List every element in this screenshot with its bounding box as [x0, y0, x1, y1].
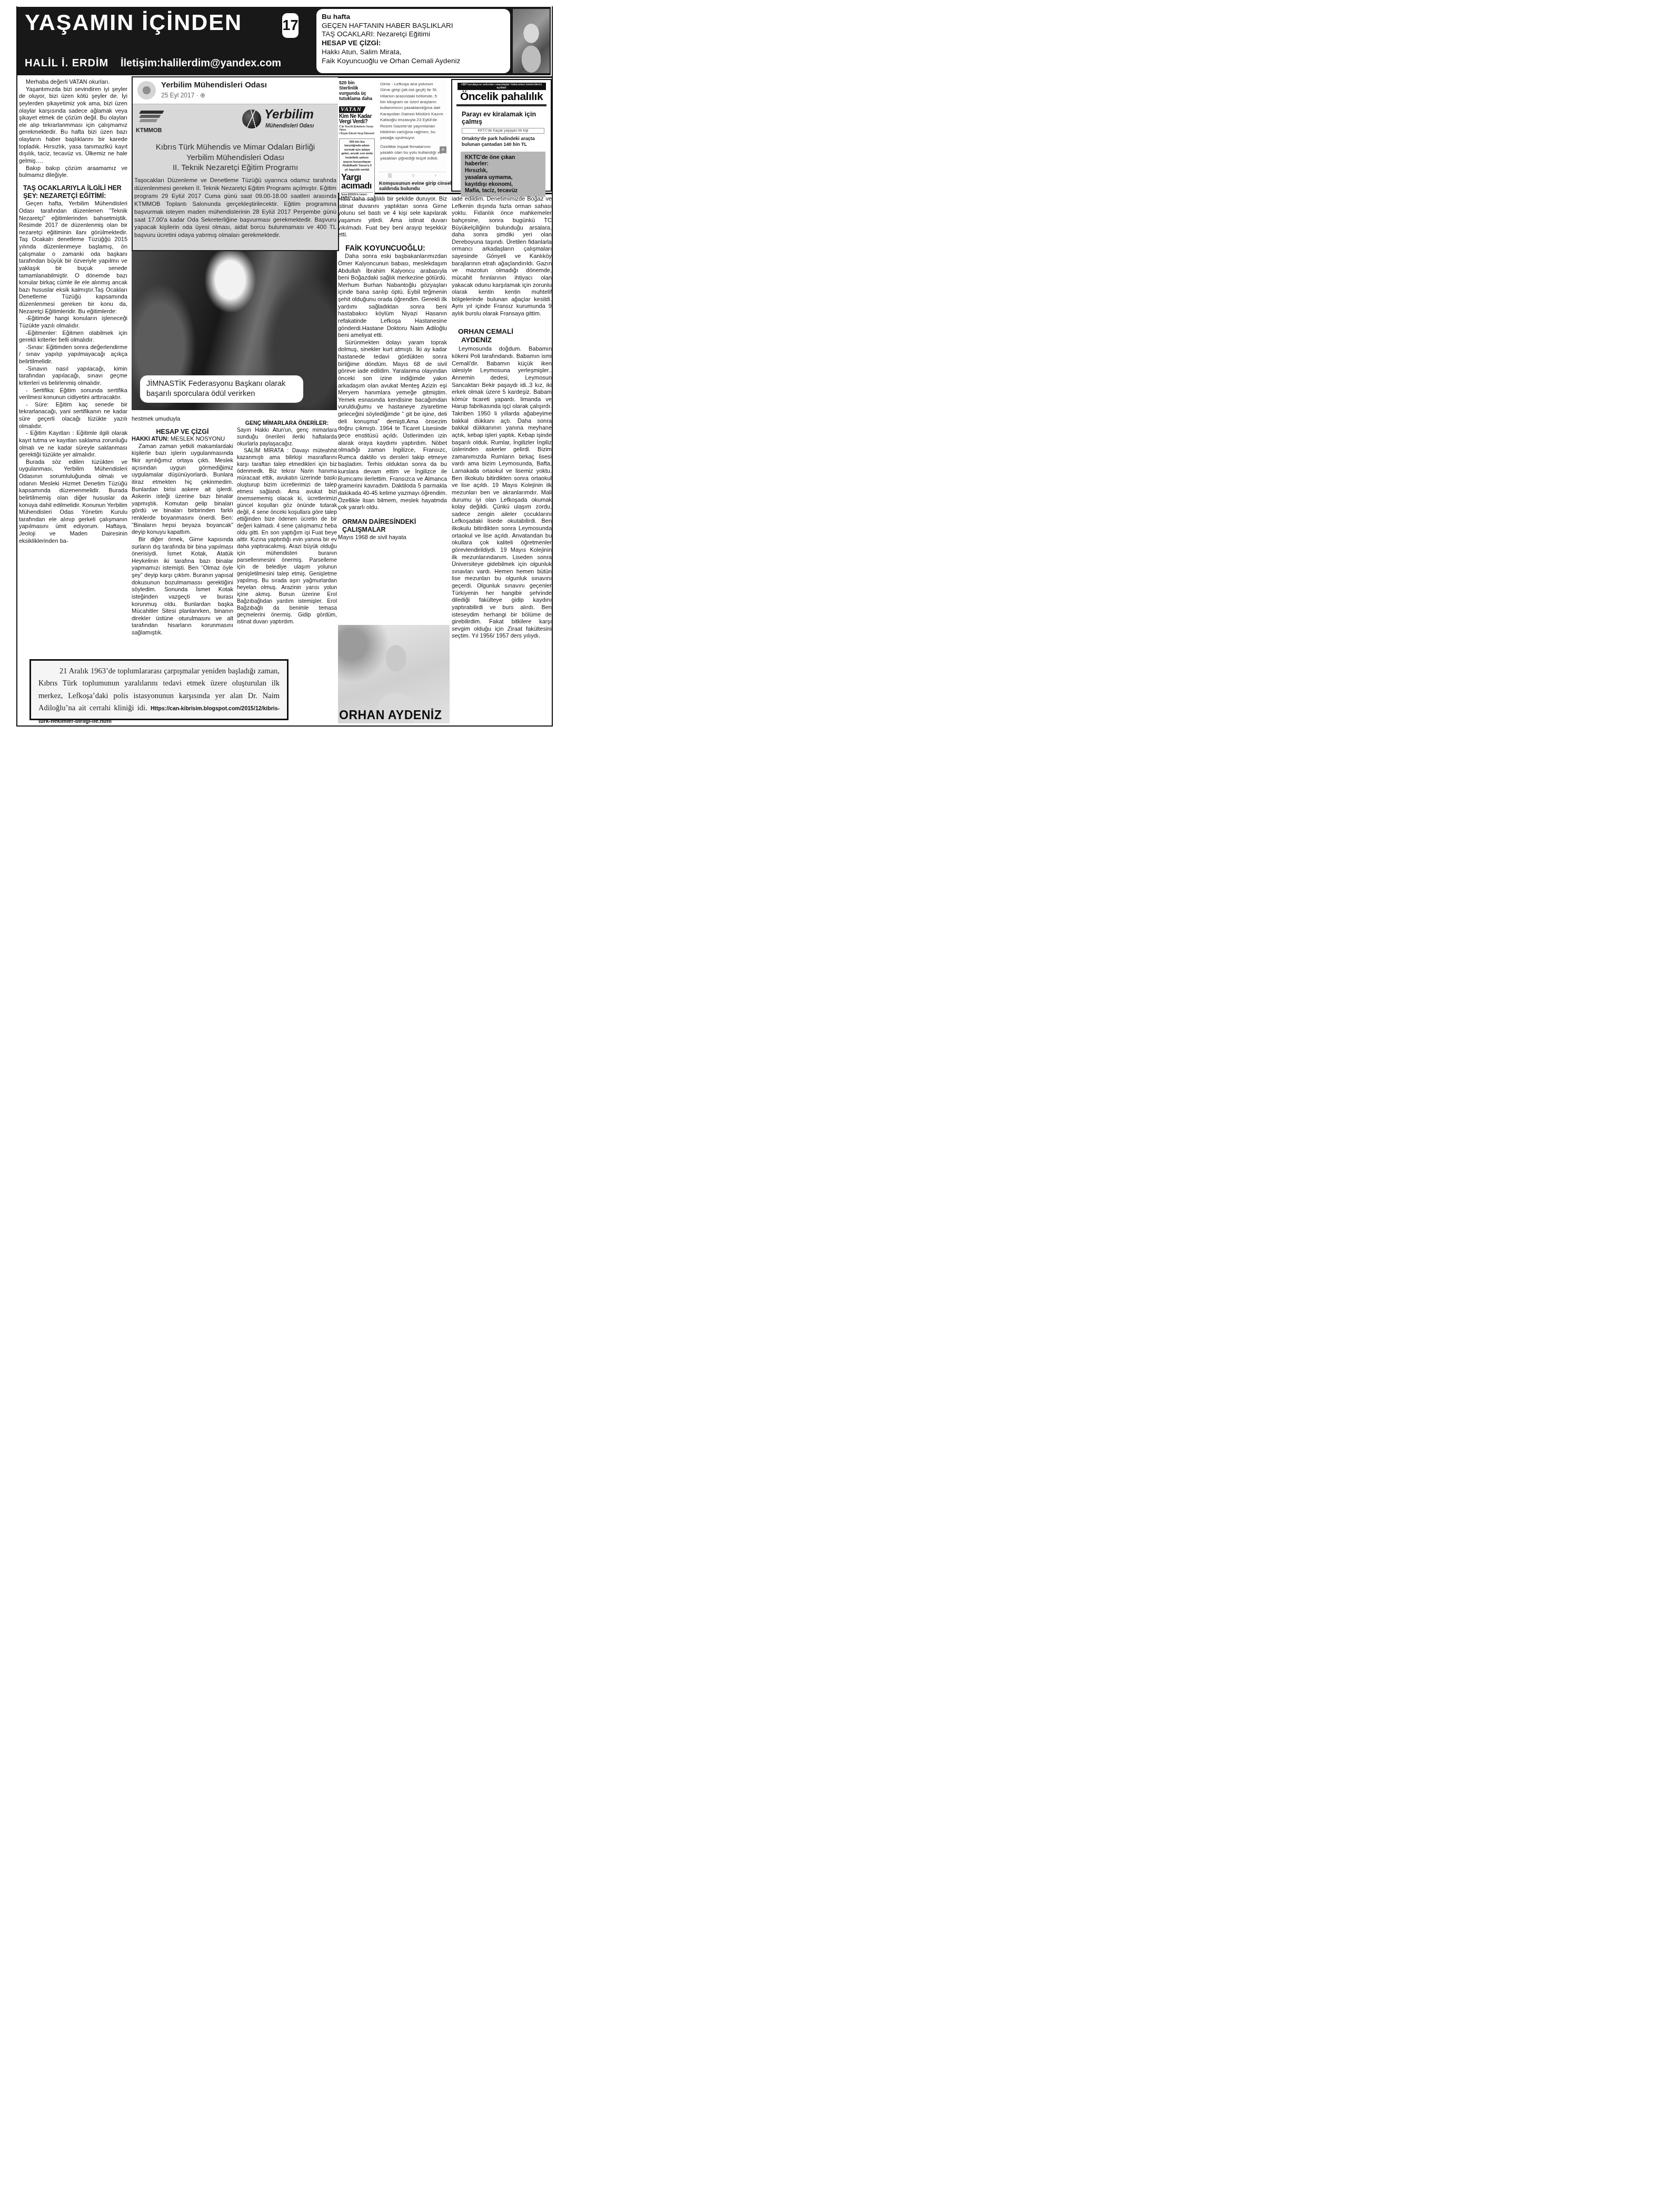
kktc-summary-box: KKTC'de öne çıkan haberler: Hırsızlık, y… [461, 152, 545, 197]
ubp-kicker-strip: UBP kurultayının ardından vatandaşlar hü… [458, 83, 546, 90]
paragraph: Bakıp bakıp çözüm araamamız ve bulmamız … [19, 165, 127, 180]
section-heading: FAİK KOYUNCUOĞLU: [345, 244, 447, 253]
section-lead: GENÇ MİMARLARA ÖNERİLER:Sayın Hakkı Atun… [237, 420, 337, 448]
paragraph: Daha sonra eski başbakanlarımızdan Ömer … [338, 253, 447, 340]
paragraph: Geçen hafta, Yerbilim Mühendisleri Odası… [19, 201, 127, 315]
flyer-headline: Kıbrıs Türk Mühendis ve Mimar Odaları Bi… [133, 142, 338, 153]
body-column-2: hestmek umuduyla HESAP VE ÇİZGİ HAKKI AT… [132, 416, 233, 637]
body-column-5: iade edildim. Denetimimizde Boğaz ve Lef… [452, 196, 552, 640]
paragraph: -Eğitimde hangi konuların işleneceği Tüz… [19, 315, 127, 330]
photo-caption: JİMNASTİK Federasyonu Başkanı olarak baş… [140, 375, 303, 403]
paragraph: - Sertifika: Eğitim sonunda sertifika ve… [19, 387, 127, 402]
heading-line: AYDENİZ [461, 336, 552, 344]
kacak-caption-box: KKTC'de Kaçak yaşayan bir kişi [462, 128, 544, 134]
facebook-post-date: 25 Eyl 2017 · ⊕ [161, 92, 205, 99]
clippings-right-box: UBP kurultayının ardından vatandaşlar hü… [451, 79, 552, 192]
section-heading: GENÇ MİMARLARA ÖNERİLER: [237, 420, 337, 427]
section-heading: TAŞ OCAKLARIYLA İLGİLİ HER ŞEY: NEZARETÇ… [23, 184, 127, 200]
body-column-1: Merhaba değerli VATAN okurları. Yaşantım… [19, 79, 127, 545]
columnist-photo [513, 9, 550, 73]
phone-screenshot-clip: Girne - Lefkoşa ana yolunun Girne girişi… [378, 79, 446, 192]
ktmmob-label: KTMMOB [136, 127, 162, 134]
page-title: YAŞAMIN İÇİNDEN [25, 10, 242, 36]
back-icon: ‹ [435, 173, 436, 178]
section-heading: ORHAN CEMALİ AYDENİZ [458, 327, 552, 344]
section-heading: HESAP VE ÇİZGİ [132, 428, 233, 436]
yerbilim-logo-title: Yerbilim [264, 107, 314, 122]
home-icon: ○ [412, 173, 414, 178]
post-date-text: 25 Eyl 2017 · [161, 92, 198, 99]
yargi-headline: Yargı acımadı [341, 173, 373, 190]
lead-text: Sayın Hakkı Atun'un, genç mimarlara sund… [237, 427, 337, 447]
ortakoy-headline: Ortaköy'de park halindeki araçta bulunan… [462, 136, 546, 148]
phone-nav-bar: ||| ○ ‹ [378, 172, 446, 178]
paragraph: -Sınav: Eğitimden sonra değerlendirme / … [19, 344, 127, 366]
vatan-subline: C'de Tescilli Şirketlerin Yarıya Yakını [339, 125, 375, 132]
heading-bold: HAKKI ATUN: [132, 436, 169, 442]
flyer-headline: Yerbilim Mühendisleri Odası [133, 153, 338, 163]
heading-rest: MESLEK NOSYONU [171, 436, 225, 442]
ktmmob-logo-icon [140, 111, 163, 123]
paragraph: SALİM MİRATA : Davayı müteahhit kazanmış… [237, 448, 337, 625]
globe-icon: ⊕ [200, 92, 205, 99]
masthead: YAŞAMIN İÇİNDEN 17 Bu hafta GEÇEN HAFTAN… [17, 7, 551, 75]
paragraph: - Süre: Eğitim kaç senede bir tekrarlana… [19, 402, 127, 431]
flyer-body-text: Taşocakları Düzenleme ve Denetleme Tüzüğ… [134, 177, 336, 240]
weekbox-line: Faik Koyuncuoğlu ve Orhan Cemali Aydeniz [322, 57, 505, 66]
paragraph: Özellikle inşaat firmalarının yasaklı ol… [380, 144, 443, 162]
scroll-up-icon: ^ [440, 146, 446, 153]
vatan-logo: VATAN [339, 106, 366, 113]
paragraph: Mayıs 1968 de sivil hayata [338, 534, 447, 542]
facebook-page-name: Yerbilim Mühendisleri Odası [161, 81, 267, 90]
paragraph: Bir diğer örnek, Girne kapısında surları… [132, 536, 233, 637]
weekly-summary-box: Bu hafta GEÇEN HAFTANIN HABER BAŞLIKLARI… [316, 9, 510, 73]
gymnastics-award-photo: JİMNASTİK Federasyonu Başkanı olarak baş… [132, 251, 337, 410]
oncelik-headline: Öncelik pahalılık [456, 91, 546, 106]
yerbilim-globe-icon [242, 110, 261, 128]
event-flyer: KTMMOB Yerbilim Mühendisleri Odası Kıbrı… [133, 104, 338, 250]
yargi-lead-text: 200 bin lira karşılığında adam vurmak iç… [341, 141, 373, 172]
paragraph: iade edildim. Denetimimizde Boğaz ve Lef… [452, 196, 552, 318]
recent-apps-icon: ||| [388, 173, 392, 178]
paragraph: Burada söz edilen tüzükten ve uygulanmas… [19, 459, 127, 545]
author-name: HALİL İ. ERDİM [25, 57, 108, 69]
weekbox-line: GEÇEN HAFTANIN HABER BAŞLIKLARI [322, 22, 505, 31]
paragraph: hestmek umuduyla [132, 416, 233, 423]
section-heading: ORMAN DAİRESİNDEKİ ÇALIŞMALAR [342, 518, 447, 534]
body-column-3: GENÇ MİMARLARA ÖNERİLER:Sayın Hakkı Atun… [237, 416, 337, 625]
page-number-badge: 17 [282, 13, 299, 38]
paragraph: Hala daha sağlıklı bir şekilde duruyor. … [338, 196, 447, 239]
girne-news-text: Girne - Lefkoşa ana yolunun Girne girişi… [378, 79, 446, 162]
flyer-headlines: Kıbrıs Türk Mühendis ve Mimar Odaları Bi… [133, 142, 338, 173]
quote-text-block: 21 Aralık 1963’de toplumlararası çarpışm… [38, 665, 280, 727]
heading-line: ORHAN CEMALİ [458, 327, 552, 336]
paragraph: Merhaba değerli VATAN okurları. [19, 79, 127, 86]
vatan-headline: Kim Ne Kadar Vergi Verdi? [339, 114, 375, 125]
weekbox-line: TAŞ OCAKLARI: Nezaretçi Eğitimi [322, 30, 505, 39]
sub-heading: HAKKI ATUN: MESLEK NOSYONU [132, 436, 233, 443]
newspaper-page: YAŞAMIN İÇİNDEN 17 Bu hafta GEÇEN HAFTAN… [0, 0, 560, 729]
paragraph: - Eğitim Kayıtları : Eğitimle ilgili ola… [19, 430, 127, 459]
weekbox-line: Hakkı Atun, Salim Mirata, [322, 48, 505, 57]
paragraph: Yaşantımızda bizi sevindiren iyi şeyler … [19, 86, 127, 165]
news-clippings-collage: 520 bin Sterlinlik vurgunda üç tutuklama… [338, 76, 552, 194]
photo-name-overlay: ORHAN AYDENİZ [339, 708, 442, 722]
paragraph: Girne - Lefkoşa ana yolunun Girne girişi… [380, 81, 443, 141]
paragraph: -Sınavın nasıl yapılacağı, kimin tarafın… [19, 366, 127, 387]
komsu-headline: Komşusunun evine girip cinsel saldırıda … [378, 180, 459, 192]
vatan-clip: VATAN Kim Ne Kadar Vergi Verdi? C'de Tes… [339, 104, 375, 135]
parayi-headline: Parayı ev kiralamak için çalmış [462, 111, 544, 125]
weekbox-line: Bu hafta [322, 13, 505, 22]
yerbilim-logo-subtitle: Mühendisleri Odası [265, 123, 314, 129]
paragraph: Zaman zaman yetkili makamlardaki kişiler… [132, 443, 233, 536]
yargi-clip: 200 bin lira karşılığında adam vurmak iç… [339, 138, 375, 200]
paragraph: Sürünmekten dolayı yaram toprak dolmuş, … [338, 340, 447, 512]
body-column-4: Hala daha sağlıklı bir şekilde duruyor. … [338, 196, 447, 542]
paragraph: Leymosunda doğdum. Babamın kökeni Poli t… [452, 346, 552, 640]
clip-headline-sterlin: 520 bin Sterlinlik vurgunda üç tutuklama… [339, 80, 375, 102]
orhan-aydeniz-photo: ORHAN AYDENİZ [338, 625, 450, 723]
vatan-subline: r Beyan Ederek Vergi Ödemedi [339, 132, 375, 135]
weekbox-line: HESAP VE ÇİZGİ: [322, 39, 505, 48]
flyer-headline: II. Teknik Nezaretçi Eğitim Programı [133, 163, 338, 173]
facebook-avatar [137, 81, 156, 100]
bottom-quote-box: 21 Aralık 1963’de toplumlararası çarpışm… [29, 659, 289, 720]
clippings-left-strip: 520 bin Sterlinlik vurgunda üç tutuklama… [339, 80, 375, 200]
paragraph: -Eğitmenler: Eğitmen olabilmek için gere… [19, 330, 127, 344]
contact-email: İletişim:halilerdim@yandex.com [121, 57, 281, 69]
facebook-post-screenshot: Yerbilim Mühendisleri Odası 25 Eyl 2017 … [132, 76, 339, 251]
